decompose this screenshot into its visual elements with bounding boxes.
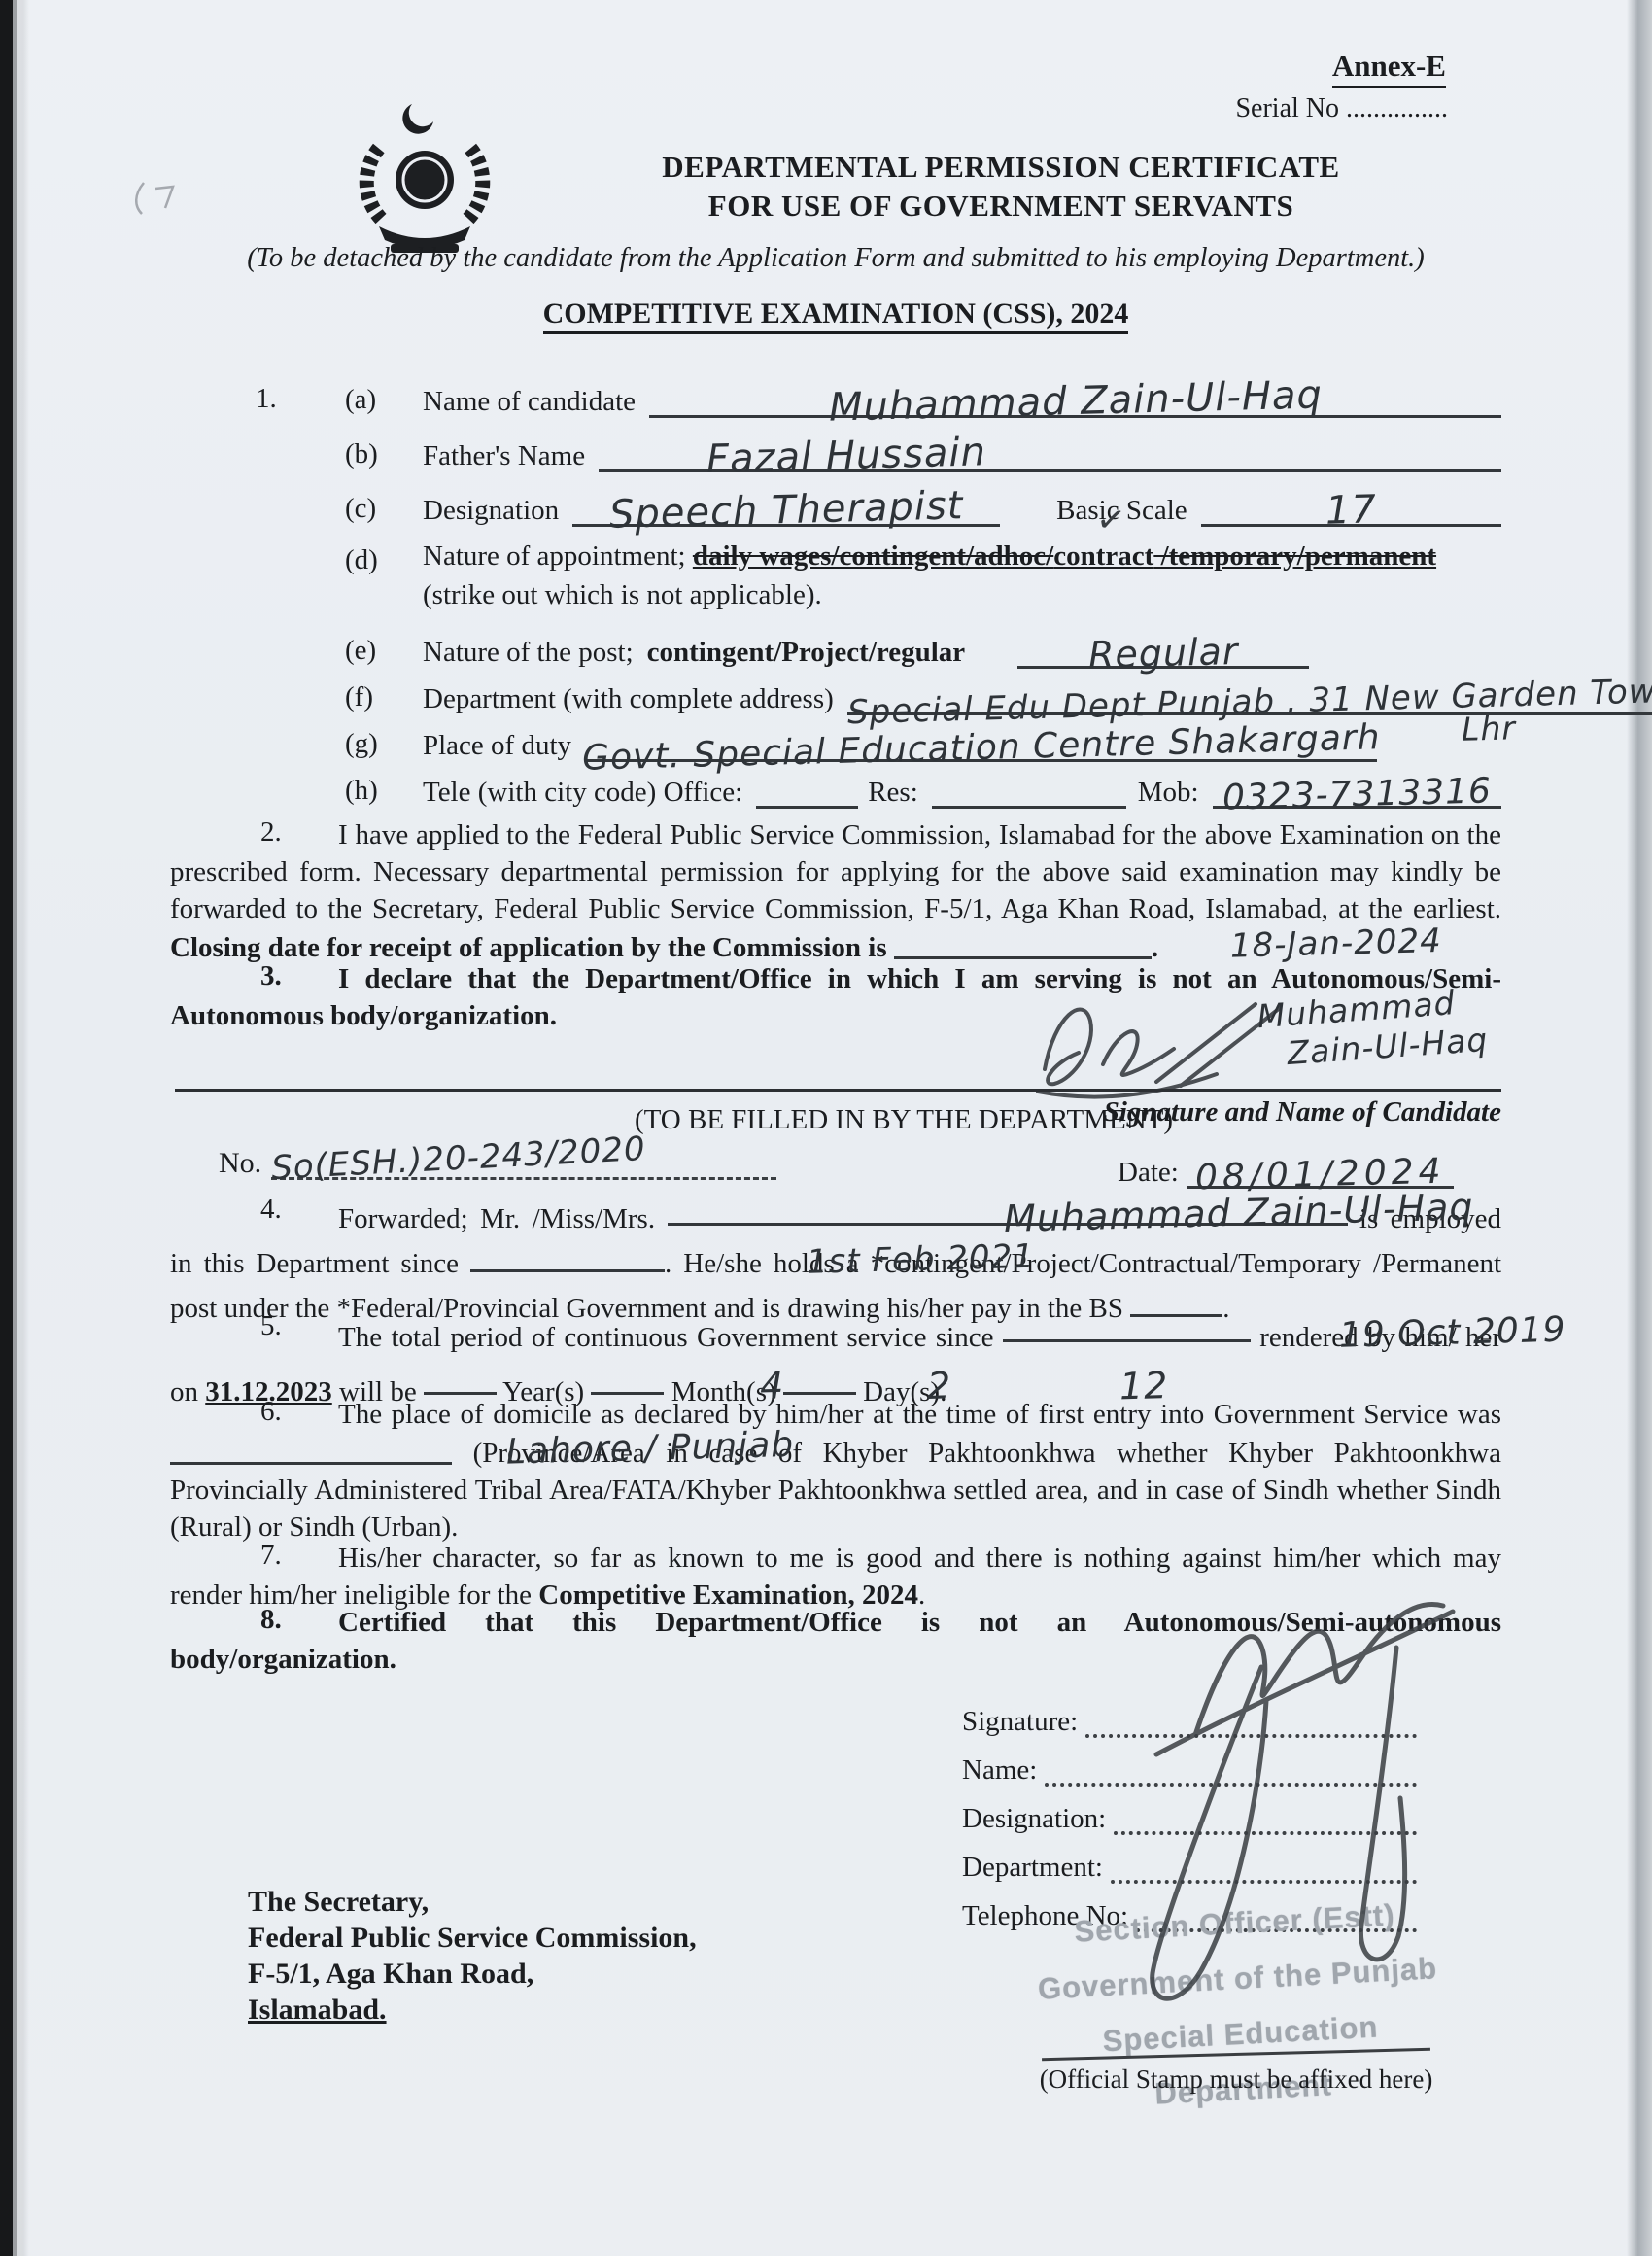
post-options: contingent/Project/regular: [647, 637, 966, 669]
sub-label-f: (f): [345, 681, 373, 713]
sub-label-h: (h): [345, 775, 378, 807]
paragraph-8-number: 8.: [260, 1604, 282, 1636]
handwritten-father-name: Fazal Hussain: [706, 430, 986, 482]
crescent-icon: [402, 104, 433, 134]
address-line-2: Federal Public Service Commission,: [248, 1920, 697, 1956]
stamp-instruction: (Official Stamp must be affixed here): [1032, 2065, 1440, 2095]
filled-line: Fazal Hussain: [599, 434, 1501, 472]
field-row-nature-of-appointment: (d) Nature of appointment; daily wages/c…: [170, 537, 1501, 614]
since-date-line: 1st Feb 2021: [470, 1240, 665, 1272]
paragraph-2: 2. I have applied to the Federal Public …: [170, 816, 1501, 966]
filled-line: Special Edu Dept Punjab . 31 New Garden …: [847, 682, 1652, 715]
handwritten-since-date: 1st Feb 2021: [638, 1235, 1036, 1289]
scan-edge-left: [0, 0, 29, 2256]
handwritten-reference-number: So(ESH.)20-243/2020: [270, 1129, 646, 1188]
paragraph-6: 6. The place of domicile as declared by …: [170, 1396, 1501, 1545]
handwritten-service-since: 19 Oct 2019: [1170, 1305, 1566, 1367]
field-label-nature-of-post: Nature of the post;: [423, 637, 634, 669]
reference-number-row: No. So(ESH.)20-243/2020: [219, 1139, 776, 1180]
exam-heading: COMPETITIVE EXAMINATION (CSS), 2024: [170, 297, 1501, 330]
reference-line: So(ESH.)20-243/2020: [271, 1139, 776, 1180]
domicile-line: Lahore / Punjab: [170, 1433, 452, 1465]
no-label: No.: [219, 1147, 261, 1180]
scanned-document-page: Annex-E Serial No ............... DEPART…: [0, 0, 1652, 2256]
handwritten-designation: Speech Therapist: [608, 483, 964, 538]
title-line-2: FOR USE OF GOVERNMENT SERVANTS: [505, 187, 1497, 226]
field-row-telephone: (h) Tele (with city code) Office: Res: M…: [170, 762, 1501, 809]
address-line-3: F-5/1, Aga Khan Road,: [248, 1956, 697, 1992]
filled-line: Muhammad Zain-Ul-Haq: [649, 379, 1501, 418]
fpsc-emblem: [352, 92, 498, 267]
field-label-father-name: Father's Name: [423, 440, 585, 472]
struck-options-2: /temporary/permanent: [1153, 540, 1436, 572]
handwritten-basic-scale: 17: [1325, 487, 1377, 533]
serial-no-label: Serial No ...............: [1235, 93, 1448, 124]
paragraph-4-number: 4.: [260, 1194, 282, 1226]
field-label-place-of-duty: Place of duty: [423, 730, 571, 762]
filled-line: Regular: [1017, 632, 1309, 669]
struck-options-1: daily wages/contingent/adhoc/: [693, 540, 1053, 572]
strike-instruction: (strike out which is not applicable).: [423, 579, 822, 610]
section-divider-line: [175, 1089, 1501, 1092]
field-label-designation: Designation: [423, 495, 559, 527]
service-since-line: 19 Oct 2019: [1003, 1310, 1251, 1342]
filled-line: Speech Therapist: [572, 488, 1000, 527]
appointment-options: daily wages/contingent/adhoc/contract✓ /…: [693, 540, 1436, 572]
closing-date-label: Closing date for receipt of application …: [170, 932, 887, 963]
paragraph-3-number: 3.: [260, 960, 282, 992]
paragraph-4-text: Forwarded; Mr. /Miss/Mrs. Muhammad Zain-…: [170, 1194, 1501, 1330]
field-row-department: (f) Department (with complete address) S…: [170, 669, 1501, 715]
forwarded-label: Forwarded; Mr. /Miss/Mrs.: [338, 1203, 668, 1234]
mob-line: 0323-7313316: [1213, 775, 1501, 809]
address-line-4: Islamabad.: [248, 1992, 697, 2028]
detach-note: (To be detached by the candidate from th…: [170, 243, 1501, 274]
field-label-nature-of-appointment: Nature of appointment;: [423, 540, 686, 572]
exam-heading-text: COMPETITIVE EXAMINATION (CSS), 2024: [543, 297, 1129, 334]
field-row-candidate-name: (a) Name of candidate Muhammad Zain-Ul-H…: [170, 371, 1501, 418]
paragraph-2-text: I have applied to the Federal Public Ser…: [170, 816, 1501, 966]
date-row: Date: 08/01/2024: [1118, 1155, 1454, 1189]
sub-label-b: (b): [345, 438, 378, 470]
date-line: 08/01/2024: [1187, 1155, 1454, 1189]
field-label-department: Department (with complete address): [423, 683, 834, 715]
field-row-father-name: (b) Father's Name Fazal Hussain: [170, 426, 1501, 472]
paragraph-6-number: 6.: [260, 1396, 282, 1428]
paragraph-2-number: 2.: [260, 816, 282, 849]
paragraph-4: 4. Forwarded; Mr. /Miss/Mrs. Muhammad Za…: [170, 1194, 1501, 1330]
closing-date-line: 18-Jan-2024: [894, 927, 1152, 959]
field-row-designation: (c) Designation Speech Therapist Basic S…: [170, 480, 1501, 527]
pen-mark-artifact: [126, 175, 185, 243]
scan-edge-right: [1627, 0, 1652, 2256]
annex-label: Annex-E: [1332, 49, 1446, 88]
handwritten-candidate-name: Muhammad Zain-Ul-Haq: [828, 372, 1323, 430]
sub-label-c: (c): [345, 493, 376, 525]
field-row-nature-of-post: (e) Nature of the post; contingent/Proje…: [170, 622, 1501, 669]
field-row-place-of-duty: (g) Place of duty Govt. Special Educatio…: [170, 715, 1501, 762]
sub-label-d: (d): [345, 540, 378, 612]
handwritten-forwarded-name: Muhammad Zain-Ul-Haq: [835, 1185, 1473, 1244]
check-mark: ✓: [1093, 500, 1127, 542]
sub-label-e: (e): [345, 635, 376, 667]
res-line: [932, 806, 1126, 809]
paragraph-6-text: The place of domicile as declared by him…: [170, 1396, 1501, 1545]
department-section-heading: (TO BE FILLED IN BY THE DEPARTMENT): [238, 1104, 1569, 1136]
officer-signature: [1011, 1555, 1497, 2022]
paragraph-7-number: 7.: [260, 1540, 282, 1572]
field-label-candidate-name: Name of candidate: [423, 386, 636, 418]
years-line: 4: [424, 1363, 497, 1395]
kept-option-text: contract: [1053, 540, 1153, 572]
document-title: DEPARTMENTAL PERMISSION CERTIFICATE FOR …: [505, 148, 1497, 226]
filled-line: 17: [1201, 488, 1501, 527]
field-label-res: Res:: [868, 777, 918, 809]
filled-line: Govt. Special Education Centre Shakargar…: [585, 728, 1377, 762]
address-line-1: The Secretary,: [248, 1884, 697, 1920]
paragraph-2-body: I have applied to the Federal Public Ser…: [170, 819, 1501, 924]
sub-label-g: (g): [345, 728, 378, 760]
kept-option-contract: contract✓: [1053, 540, 1153, 572]
service-since-text: The total period of continuous Governmen…: [338, 1322, 1003, 1353]
domicile-text: The place of domicile as declared by him…: [338, 1399, 1501, 1430]
title-line-1: DEPARTMENTAL PERMISSION CERTIFICATE: [505, 148, 1497, 187]
date-label: Date:: [1118, 1157, 1179, 1189]
footer-address: The Secretary, Federal Public Service Co…: [248, 1884, 697, 2028]
handwritten-mobile: 0323-7313316: [1222, 771, 1492, 817]
paragraph-5-number: 5.: [260, 1310, 282, 1342]
office-line: [756, 806, 858, 809]
forwarded-name-line: Muhammad Zain-Ul-Haq: [668, 1194, 1348, 1226]
field-label-tele-office: Tele (with city code) Office:: [423, 777, 742, 809]
handwritten-candidate-signature-name: Muhammad Zain-Ul-Haq: [1256, 982, 1489, 1075]
sub-label-a: (a): [345, 384, 376, 416]
field-label-mob: Mob:: [1138, 777, 1199, 809]
